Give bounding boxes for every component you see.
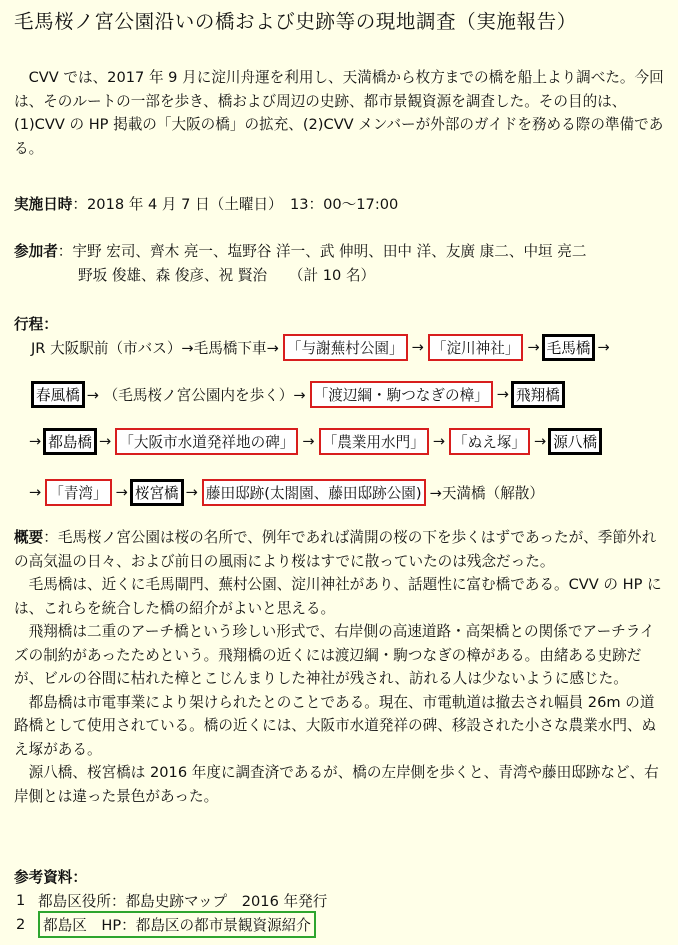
date-sep: ： [72, 196, 87, 213]
participants-row: 参加者：宇野 宏司、齊木 亮一、塩野谷 洋一、武 伸明、田中 洋、友廣 康二、中… [14, 240, 586, 261]
itinerary-connector: → [98, 433, 112, 450]
participants-line1: 宇野 宏司、齊木 亮一、塩野谷 洋一、武 伸明、田中 洋、友廣 康二、中垣 亮二 [72, 243, 586, 260]
itinerary-connector: → [28, 484, 42, 501]
summary-paragraph: 源八橋、桜宮橋は 2016 年度に調査済であるが、橋の左岸側を歩くと、青湾や藤田… [14, 761, 664, 808]
itinerary-line-4: →「青湾」→桜宮橋→藤田邸跡(太閤園、藤田邸跡公園)→天満橋（解散） [28, 479, 545, 505]
participants-row-2: 野坂 俊雄、森 俊彦、祝 賢治 （計 10 名） [78, 264, 375, 285]
itinerary-heading: 行程： [14, 313, 58, 334]
reference-number: 2 [16, 916, 38, 933]
references-label: 参考資料： [14, 869, 87, 886]
itinerary-connector: → [28, 433, 42, 450]
summary-first-text: 毛馬桜ノ宮公園は桜の名所で、例年であれば満開の桜の下を歩くはずであったが、季節外… [14, 529, 656, 570]
reference-item-1: 1 都島区役所：都島史跡マップ 2016 年発行 [16, 890, 327, 911]
page-title: 毛馬桜ノ宮公園沿いの橋および史跡等の現地調査（実施報告） [14, 6, 577, 34]
itinerary-bridge: 源八橋 [548, 428, 602, 455]
itinerary-connector: JR 大阪駅前（市バス）→毛馬橋下車→ [30, 337, 280, 358]
itinerary-bridge: 毛馬橋 [542, 334, 596, 361]
itinerary-bridge: 飛翔橋 [511, 381, 565, 408]
itinerary-line-3: →都島橋→「大阪市水道発祥地の碑」→「農業用水門」→「ぬえ塚」→源八橋 [28, 428, 603, 454]
itinerary-connector: → [301, 433, 315, 450]
date-label: 実施日時 [14, 196, 72, 213]
itinerary-connector: → [526, 339, 540, 356]
itinerary-bridge: 都島橋 [43, 428, 97, 455]
reference-text: 都島区役所：都島史跡マップ 2016 年発行 [38, 890, 327, 911]
reference-item-2: 2 都島区 HP：都島区の都市景観資源紹介 [16, 911, 316, 938]
itinerary-connector: → [596, 339, 610, 356]
itinerary-line-1: JR 大阪駅前（市バス）→毛馬橋下車→「与謝蕪村公園」→「淀川神社」→毛馬橋→ [30, 334, 611, 360]
reference-number: 1 [16, 892, 38, 909]
itinerary-connector: → （毛馬桜ノ宮公園内を歩く）→ [86, 384, 307, 405]
intro-section: CVV では、2017 年 9 月に淀川舟運を利用し、天満橋から枚方までの橋を船… [14, 66, 664, 160]
date-row: 実施日時：2018 年 4 月 7 日（土曜日） 13：00～17:00 [14, 193, 398, 214]
summary-paragraph: 毛馬橋は、近くに毛馬閘門、蕪村公園、淀川神社があり、話題性に富む橋である。CVV… [14, 573, 664, 620]
itinerary-connector: → [115, 484, 129, 501]
itinerary-connector: → [496, 386, 510, 403]
itinerary-site: 「青湾」 [45, 479, 111, 506]
itinerary-line-2: 春風橋 → （毛馬桜ノ宮公園内を歩く）→「渡辺綱・駒つなぎの樟」→飛翔橋 [30, 381, 566, 407]
itinerary-site: 藤田邸跡(太閤園、藤田邸跡公園) [202, 479, 426, 506]
itinerary-site: 「農業用水門」 [319, 428, 429, 455]
itinerary-bridge: 春風橋 [31, 381, 85, 408]
participants-sep: ： [58, 243, 73, 260]
itinerary-site: 「淀川神社」 [428, 334, 524, 361]
itinerary-label: 行程： [14, 316, 58, 333]
summary-label: 概要 [14, 529, 43, 546]
itinerary-bridge: 桜宮橋 [130, 479, 184, 506]
summary-paragraph: 飛翔橋は二重のアーチ橋という珍しい形式で、右岸側の高速道路・高架橋との関係でアー… [14, 620, 664, 691]
itinerary-connector: → [533, 433, 547, 450]
references-heading: 参考資料： [14, 866, 87, 887]
itinerary-connector: → [185, 484, 199, 501]
itinerary-connector: → [432, 433, 446, 450]
itinerary-connector: → [411, 339, 425, 356]
itinerary-connector: →天満橋（解散） [429, 482, 545, 503]
summary-paragraph: 都島橋は市電事業により架けられたとのことである。現在、市電軌道は撤去され幅員 2… [14, 691, 664, 762]
participants-label: 参加者 [14, 243, 58, 260]
itinerary-site: 「大阪市水道発祥地の碑」 [115, 428, 298, 455]
itinerary-site: 「ぬえ塚」 [449, 428, 530, 455]
summary-first: 概要：毛馬桜ノ宮公園は桜の名所で、例年であれば満開の桜の下を歩くはずであったが、… [14, 526, 664, 573]
date-value: 2018 年 4 月 7 日（土曜日） 13：00～17:00 [87, 196, 398, 213]
reference-link-miyakojima-hp[interactable]: 都島区 HP：都島区の都市景観資源紹介 [38, 911, 316, 938]
participants-line2: 野坂 俊雄、森 俊彦、祝 賢治 （計 10 名） [78, 267, 375, 284]
summary-section: 概要：毛馬桜ノ宮公園は桜の名所で、例年であれば満開の桜の下を歩くはずであったが、… [14, 526, 664, 808]
intro-text: CVV では、2017 年 9 月に淀川舟運を利用し、天満橋から枚方までの橋を船… [14, 66, 664, 160]
summary-sep: ： [43, 529, 58, 546]
itinerary-site: 「渡辺綱・駒つなぎの樟」 [310, 381, 493, 408]
itinerary-site: 「与謝蕪村公園」 [283, 334, 408, 361]
